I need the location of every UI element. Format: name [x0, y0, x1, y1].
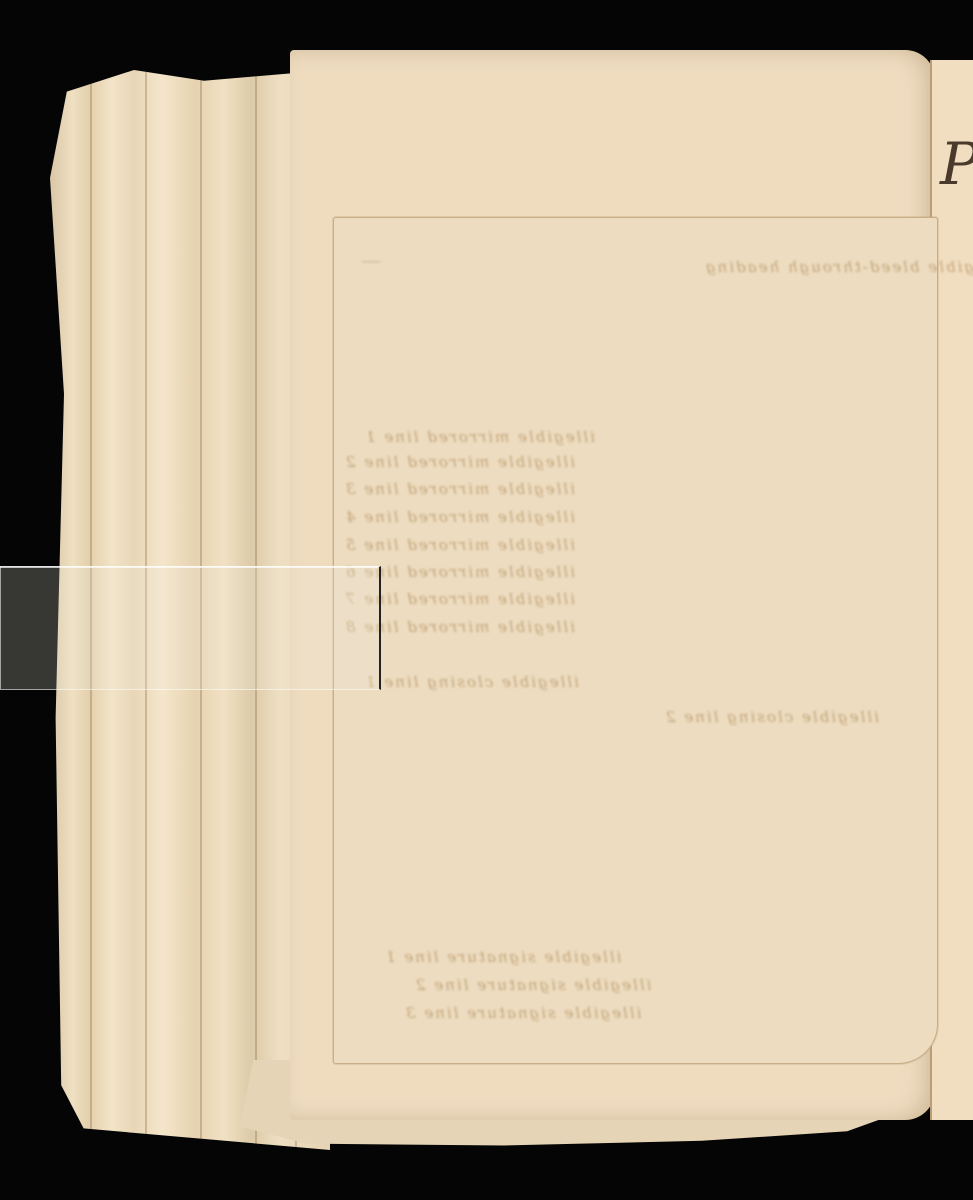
signature-line: illegible signature line 1	[384, 948, 621, 966]
body-line: illegible mirrored line 1	[364, 428, 595, 446]
signature-line: illegible signature line 3	[404, 1004, 641, 1022]
clear-plastic-tab	[0, 566, 381, 690]
body-line: illegible mirrored line 3	[344, 480, 575, 498]
corner-number: —	[359, 248, 381, 272]
closing-line: illegible closing line 2	[664, 708, 879, 726]
letter-heading: illegible bleed-through heading	[704, 258, 973, 276]
signature-line: illegible signature line 2	[414, 976, 651, 994]
body-line: illegible mirrored line 4	[344, 508, 575, 526]
tipped-in-letter-sheet: — illegible bleed-through heading illegi…	[333, 217, 938, 1064]
body-line: illegible mirrored line 5	[344, 536, 575, 554]
closing-line: illegible closing line 1	[364, 673, 579, 691]
body-line: illegible mirrored line 2	[344, 453, 575, 471]
calligraphic-flourish: P	[940, 130, 973, 198]
tab-highlight	[0, 566, 378, 568]
